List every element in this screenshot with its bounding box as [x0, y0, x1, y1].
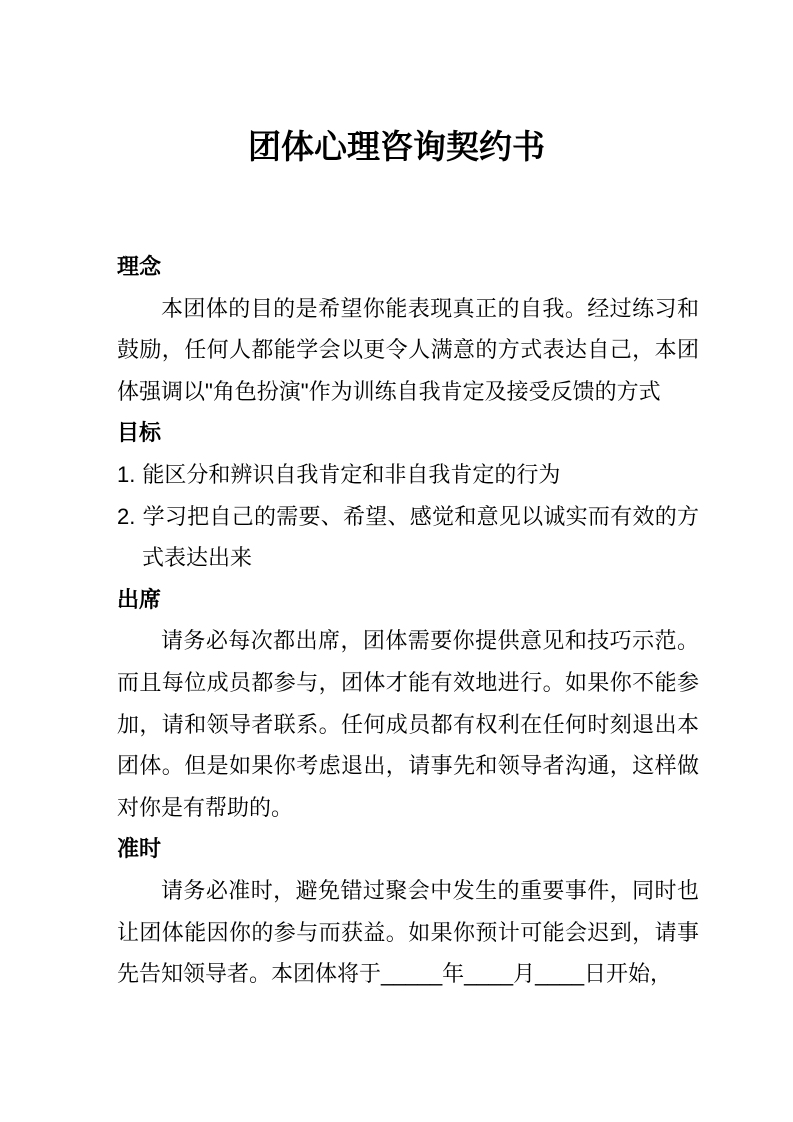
document-page: 团体心理咨询契约书 理念 本团体的目的是希望你能表现真正的自我。经过练习和鼓励，… [0, 0, 793, 1122]
goal-item-1-text: 能区分和辨识自我肯定和非自我肯定的行为 [142, 462, 560, 487]
goal-item-2-text: 学习把自己的需要、希望、感觉和意见以诚实而有效的方式表达出来 [142, 504, 699, 571]
section-heading-concept: 理念 [117, 246, 699, 288]
document-body: 理念 本团体的目的是希望你能表现真正的自我。经过练习和鼓励，任何人都能学会以更令… [117, 246, 699, 995]
goal-list-item-1: 1.能区分和辨识自我肯定和非自我肯定的行为 [117, 454, 699, 496]
document-title: 团体心理咨询契约书 [96, 125, 697, 169]
goal-item-1-number: 1. [117, 462, 135, 487]
section-heading-attendance: 出席 [117, 579, 699, 621]
section-heading-goals: 目标 [117, 412, 699, 454]
goal-list-item-2: 2.学习把自己的需要、希望、感觉和意见以诚实而有效的方式表达出来 [117, 496, 699, 579]
punctuality-paragraph: 请务必准时，避免错过聚会中发生的重要事件，同时也让团体能因你的参与而获益。如果你… [117, 870, 699, 995]
goal-item-2-number: 2. [117, 504, 135, 529]
attendance-paragraph: 请务必每次都出席，团体需要你提供意见和技巧示范。而且每位成员都参与，团体才能有效… [117, 620, 699, 828]
section-heading-punctuality: 准时 [117, 828, 699, 870]
concept-paragraph: 本团体的目的是希望你能表现真正的自我。经过练习和鼓励，任何人都能学会以更令人满意… [117, 288, 699, 413]
